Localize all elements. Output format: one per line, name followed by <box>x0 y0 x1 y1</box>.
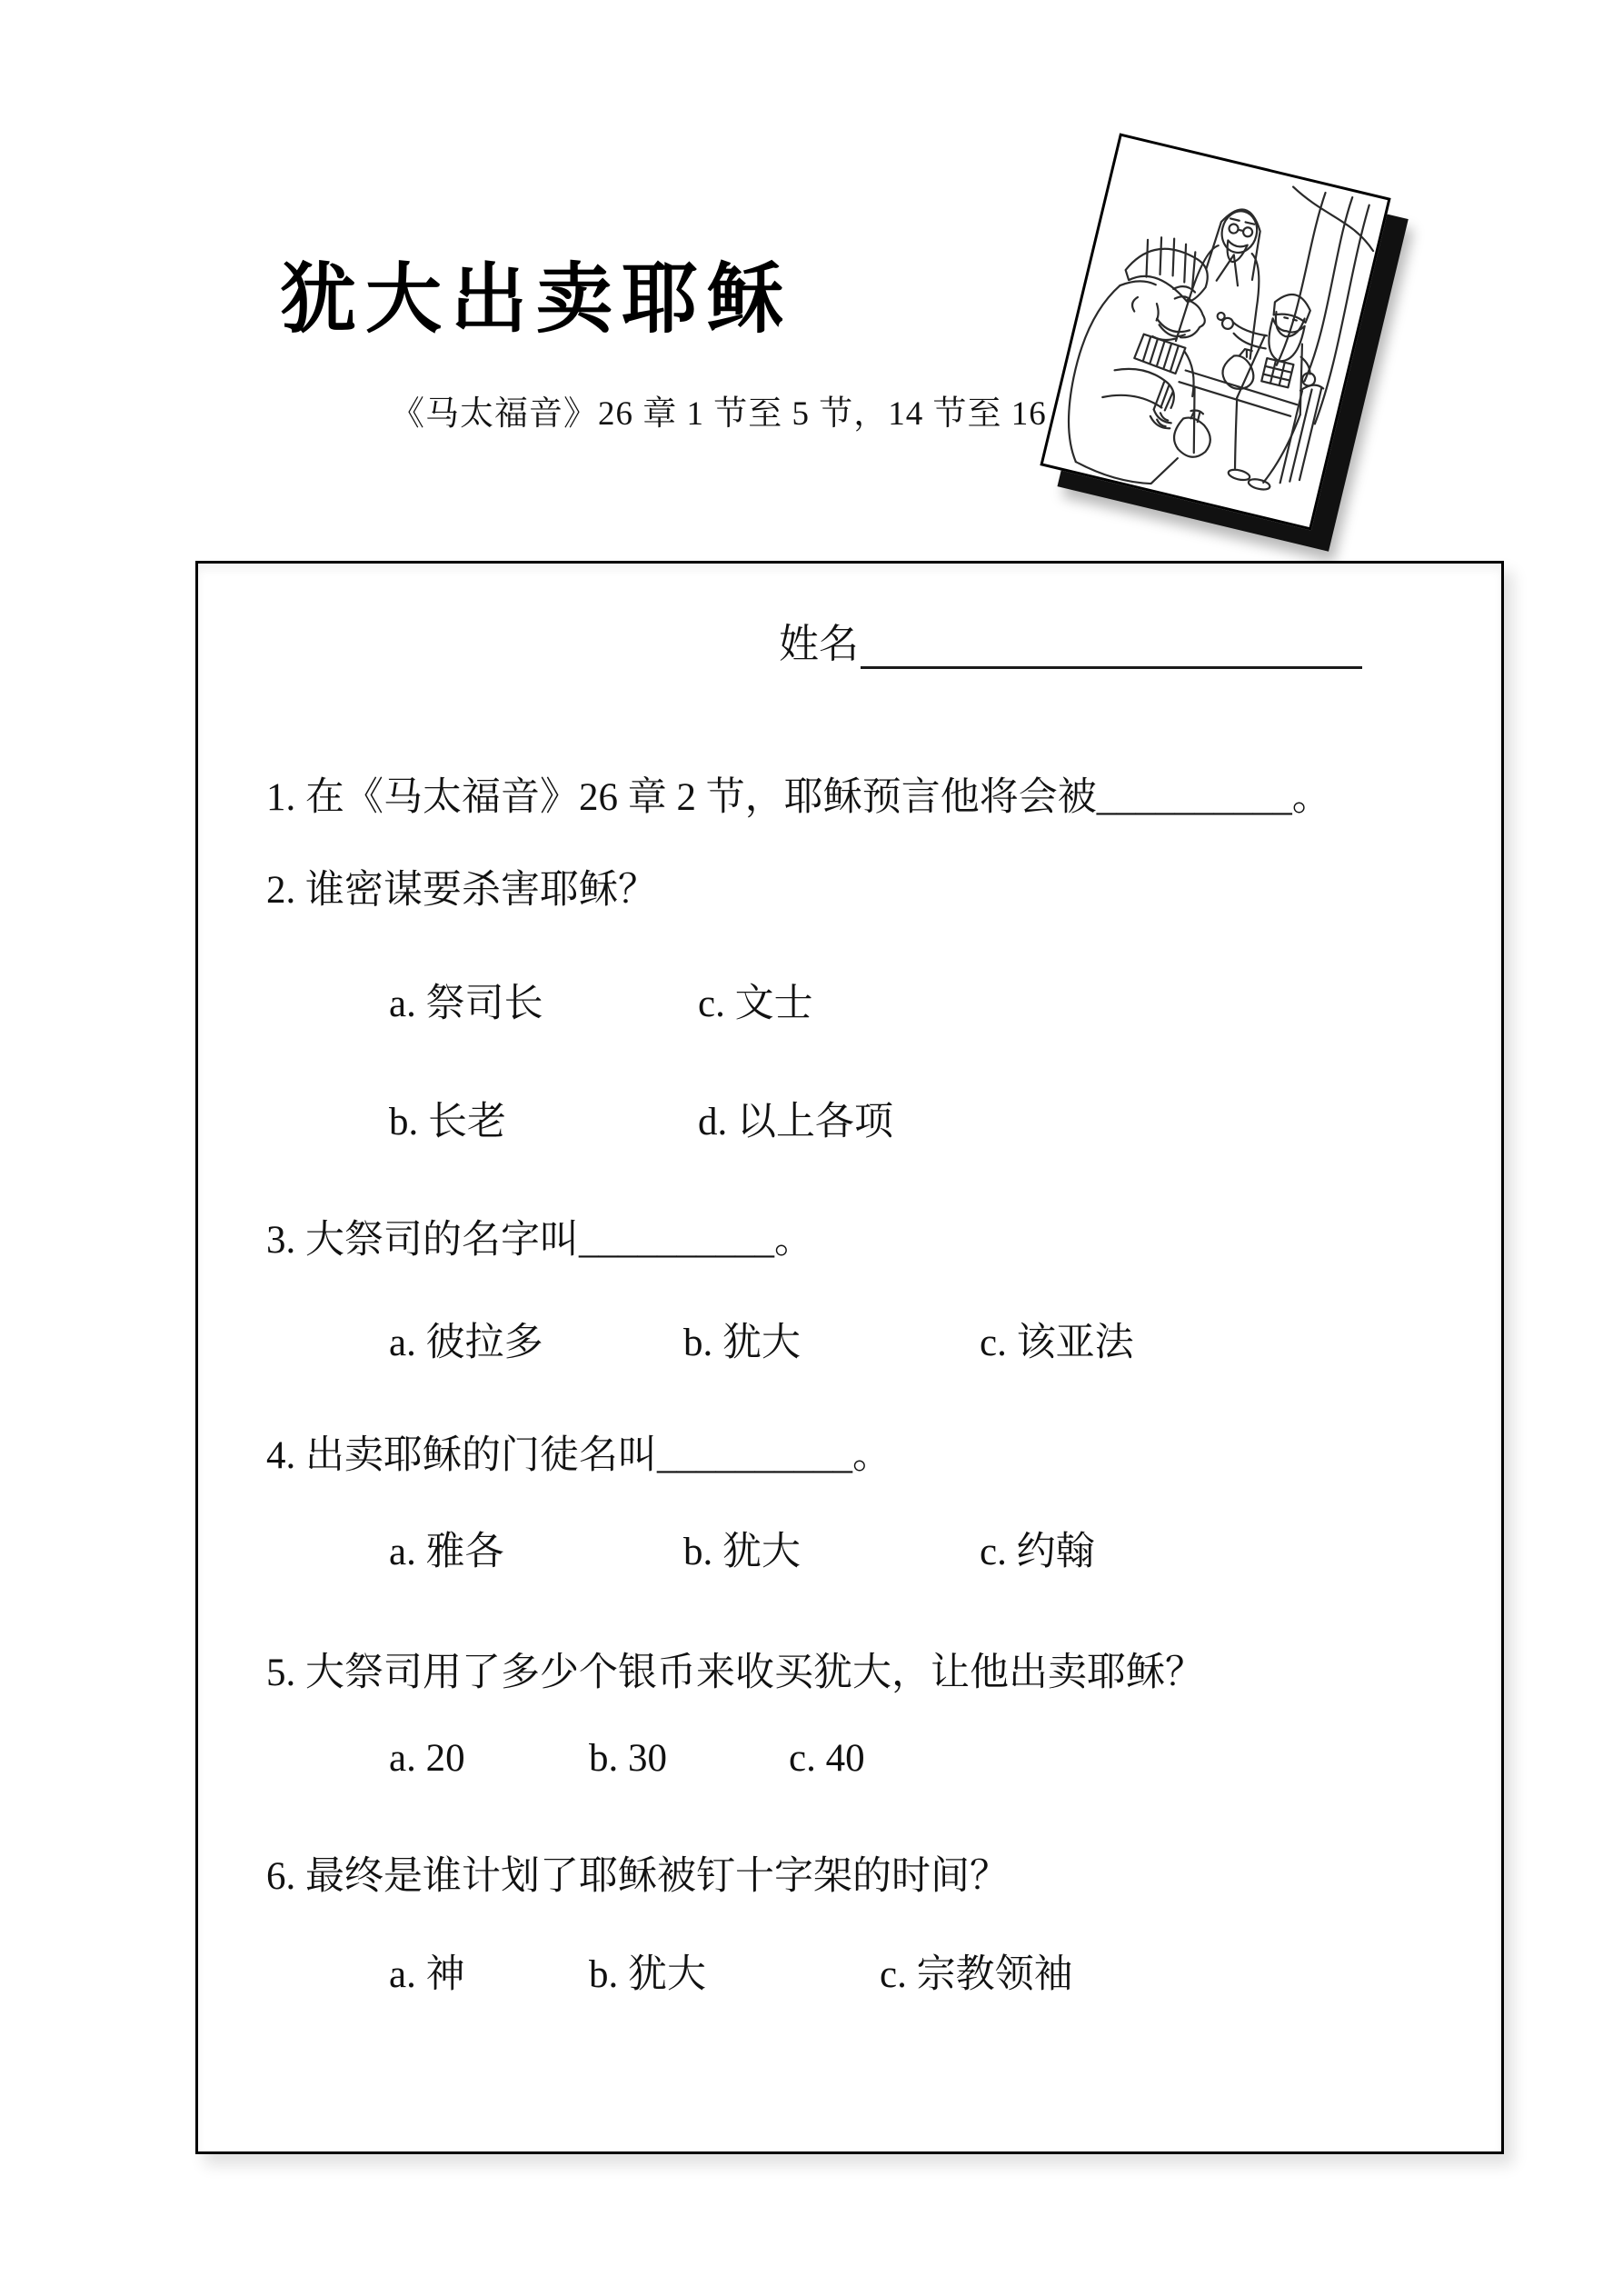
name-row: 姓名 <box>779 611 1362 669</box>
page-title: 犹大出卖耶稣 <box>280 238 792 348</box>
question-1: 1. 在《马太福音》26 章 2 节，耶稣预言他将会被__________。 <box>266 766 1331 822</box>
question-4: 4. 出卖耶稣的门徒名叫__________。 <box>266 1424 891 1480</box>
scripture-reference: 《马太福音》26 章 1 节至 5 节，14 节至 16 节 <box>391 385 1090 434</box>
question-4-option-b: b. 犹大 <box>683 1521 801 1576</box>
question-6-option-c: c. 宗教领袖 <box>880 1943 1073 1999</box>
question-3-option-a: a. 彼拉多 <box>389 1312 543 1367</box>
question-2-option-c: c. 文士 <box>698 973 813 1028</box>
question-2: 2. 谁密谋要杀害耶稣？ <box>266 859 657 914</box>
question-3: 3. 大祭司的名字叫__________。 <box>266 1209 813 1264</box>
question-4-option-c: c. 约翰 <box>980 1521 1095 1576</box>
question-5-option-b: b. 30 <box>589 1736 667 1781</box>
question-5: 5. 大祭司用了多少个银币来收买犹大，让他出卖耶稣？ <box>266 1642 1204 1697</box>
question-6-option-a: a. 神 <box>389 1943 465 1999</box>
question-3-option-c: c. 该亚法 <box>980 1312 1134 1367</box>
question-2-option-d: d. 以上各项 <box>698 1091 893 1146</box>
question-2-option-b: b. 长老 <box>389 1091 506 1146</box>
question-5-option-a: a. 20 <box>389 1736 465 1781</box>
question-4-option-a: a. 雅各 <box>389 1521 504 1576</box>
question-2-option-a: a. 祭司长 <box>389 973 543 1028</box>
name-label: 姓名 <box>779 622 859 666</box>
worksheet-page: 犹大出卖耶稣 《马太福音》26 章 1 节至 5 节，14 节至 16 节 <box>0 0 1623 2296</box>
question-3-option-b: b. 犹大 <box>683 1312 801 1367</box>
question-5-option-c: c. 40 <box>789 1736 865 1781</box>
question-6-option-b: b. 犹大 <box>589 1943 706 1999</box>
illustration-card-stack <box>1040 133 1390 530</box>
name-blank-line <box>861 624 1362 669</box>
question-6: 6. 最终是谁计划了耶稣被钉十字架的时间？ <box>266 1845 1009 1901</box>
